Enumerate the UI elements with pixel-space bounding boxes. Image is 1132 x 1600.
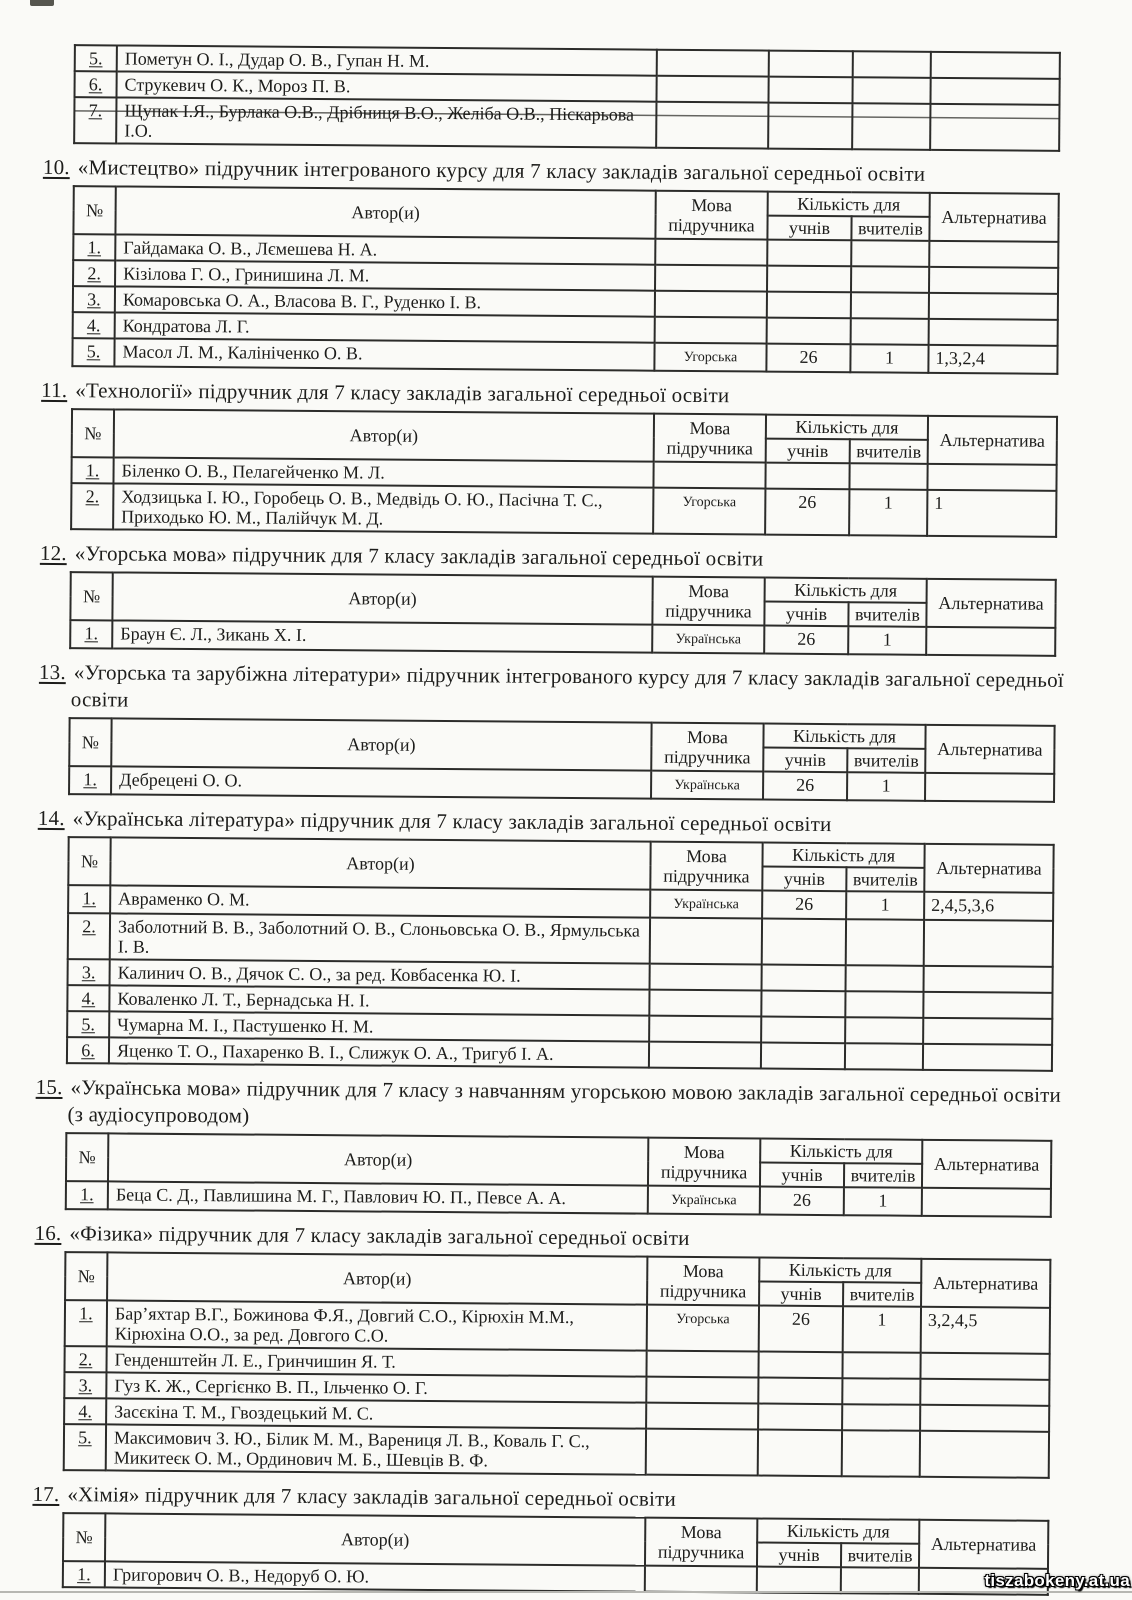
- language-label-line1: Мова: [657, 581, 761, 602]
- col-header-students: учнів: [764, 602, 848, 627]
- row-number: 2.: [82, 916, 96, 936]
- section-title: «Мистецтво» підручник інтегрованого курс…: [78, 155, 926, 186]
- section-16: 16.«Фізика» підручник для 7 класу заклад…: [63, 1220, 1129, 1479]
- col-header-number: №: [69, 718, 111, 766]
- col-header-students: учнів: [757, 1543, 841, 1568]
- students-count-cell: [761, 1017, 845, 1044]
- row-number: 1.: [79, 1303, 93, 1323]
- col-header-authors: Автор(и): [111, 718, 651, 770]
- col-header-authors: Автор(и): [114, 409, 654, 461]
- row-number: 5.: [81, 1014, 95, 1034]
- row-number: 4.: [78, 1401, 92, 1421]
- row-number: 1.: [80, 1184, 94, 1204]
- row-number: 6.: [81, 1040, 95, 1060]
- row-number-cell: 1.: [63, 1561, 105, 1587]
- section-14: 14.«Українська література» підручник для…: [66, 805, 1132, 1072]
- teachers-count-cell: [845, 1017, 923, 1044]
- row-number-cell: 5.: [67, 1011, 109, 1037]
- section-heading: 12.«Угорська мова» підручник для 7 класу…: [40, 540, 1072, 575]
- students-count-cell: [765, 463, 849, 490]
- alternative-cell: [929, 241, 1058, 268]
- col-header-alternative: Альтернатива: [926, 579, 1055, 628]
- section-heading: 11.«Технології» підручник для 7 класу за…: [41, 377, 1073, 412]
- section-15: 15.«Українська мова» підручник для 7 кла…: [65, 1074, 1130, 1218]
- col-header-teachers: вчителів: [841, 1543, 919, 1568]
- students-count-cell: [758, 1378, 842, 1405]
- row-number-cell: 4.: [73, 312, 115, 338]
- students-count-cell: [758, 1352, 842, 1379]
- students-count-cell: 26: [763, 772, 847, 801]
- row-number-cell: 5.: [64, 1424, 106, 1470]
- teachers-count-cell: [849, 463, 927, 490]
- col-header-teachers: вчителів: [850, 439, 928, 464]
- students-count-cell: 26: [760, 1187, 844, 1216]
- textbook-table: № Автор(и) Мова підручника Кількість для…: [70, 408, 1058, 538]
- authors-cell: Заболотний В. В., Заболотний О. В., Слон…: [110, 913, 650, 963]
- col-header-students: учнів: [759, 1282, 843, 1307]
- teachers-count-cell: [852, 103, 930, 150]
- section-number: 17.: [32, 1482, 59, 1506]
- language-label-line2: підручника: [658, 438, 762, 459]
- teachers-count-cell: 1: [850, 344, 928, 373]
- textbook-table: № Автор(и) Мова підручника Кількість для…: [66, 836, 1055, 1072]
- teachers-count-cell: [852, 77, 930, 104]
- language-cell: [657, 50, 769, 77]
- students-count-cell: [761, 1043, 845, 1070]
- authors-cell: Беца С. Д., Павлишина М. Г., Павлович Ю.…: [108, 1181, 648, 1213]
- col-header-teachers: вчителів: [843, 1282, 921, 1307]
- table-header: № Автор(и) Мова підручника Кількість для…: [68, 837, 1053, 893]
- language-cell: [655, 239, 767, 266]
- language-cell: [649, 1016, 761, 1043]
- authors-cell: Авраменко О. М.: [110, 885, 650, 917]
- language-cell: [646, 1403, 758, 1430]
- col-header-number: №: [68, 837, 110, 885]
- language-cell: [645, 1566, 757, 1593]
- language-cell: [646, 1377, 758, 1404]
- language-cell: Українська: [652, 625, 764, 654]
- language-cell: Українська: [651, 771, 763, 800]
- section-heading: 13.«Угорська та зарубіжна літератури» пі…: [39, 659, 1071, 721]
- col-header-quantity: Кількість для: [757, 1519, 919, 1544]
- alternative-cell: [922, 1188, 1051, 1217]
- col-header-language: Мова підручника: [648, 1138, 760, 1187]
- teachers-count-cell: [846, 965, 924, 992]
- language-label-line2: підручника: [655, 747, 759, 768]
- row-number: 1.: [83, 769, 97, 789]
- row-number: 4.: [87, 315, 101, 335]
- students-count-cell: [768, 77, 852, 104]
- section-heading: 17.«Хімія» підручник для 7 класу закладі…: [32, 1481, 1064, 1516]
- col-header-authors: Автор(и): [110, 837, 650, 889]
- row-number: 1.: [87, 237, 101, 257]
- section-title: «Угорська мова» підручник для 7 класу за…: [75, 541, 764, 570]
- row-number-cell: 7.: [74, 97, 116, 143]
- section-11: 11.«Технології» підручник для 7 класу за…: [70, 377, 1132, 538]
- section-number: 14.: [38, 806, 65, 830]
- col-header-quantity: Кількість для: [760, 1139, 922, 1164]
- language-label-line2: підручника: [652, 1162, 756, 1183]
- section-17: 17.«Хімія» підручник для 7 класу закладі…: [62, 1481, 1127, 1596]
- row-number: 1.: [82, 888, 96, 908]
- section-number: 15.: [36, 1075, 63, 1099]
- language-cell: [646, 1351, 758, 1378]
- language-cell: [655, 317, 767, 344]
- row-number-cell: 2.: [73, 260, 115, 286]
- section-number: 10.: [43, 155, 70, 179]
- students-count-cell: [769, 51, 853, 78]
- alternative-cell: [924, 966, 1053, 993]
- students-count-cell: 26: [766, 344, 850, 373]
- row-number-cell: 4.: [64, 1398, 106, 1424]
- col-header-quantity: Кількість для: [768, 192, 930, 217]
- row-number: 5.: [78, 1427, 92, 1447]
- teachers-count-cell: [851, 318, 929, 345]
- textbook-table: № Автор(и) Мова підручника Кількість для…: [63, 1251, 1052, 1479]
- col-header-alternative: Альтернатива: [919, 1520, 1048, 1569]
- col-header-quantity: Кількість для: [765, 578, 927, 603]
- language-label-line1: Мова: [654, 846, 758, 867]
- row-number-cell: 3.: [64, 1372, 106, 1398]
- authors-cell: Максимович З. Ю., Білик М. М., Варениця …: [106, 1424, 646, 1474]
- col-header-number: №: [72, 409, 114, 457]
- alternative-cell: [924, 920, 1053, 967]
- col-header-authors: Автор(и): [115, 186, 655, 238]
- scan-corner-mark: [30, 0, 54, 6]
- students-count-cell: 26: [762, 891, 846, 920]
- row-number-cell: 5.: [72, 338, 114, 366]
- language-label-line1: Мова: [652, 1142, 756, 1163]
- language-cell: [650, 918, 762, 965]
- row-number: 3.: [79, 1375, 93, 1395]
- language-label-line1: Мова: [649, 1522, 753, 1543]
- alternative-cell: [929, 319, 1058, 346]
- table-header: № Автор(и) Мова підручника Кількість для…: [73, 186, 1058, 242]
- col-header-teachers: вчителів: [848, 602, 926, 627]
- section-heading: 15.«Українська мова» підручник для 7 кла…: [35, 1074, 1067, 1136]
- language-cell: [650, 964, 762, 991]
- students-count-cell: [767, 292, 851, 319]
- site-watermark: tiszabokeny.at.ua: [984, 1571, 1130, 1591]
- col-header-language: Мова підручника: [654, 414, 766, 463]
- section-12: 12.«Угорська мова» підручник для 7 класу…: [69, 540, 1132, 657]
- textbook-table: № Автор(и) Мова підручника Кількість для…: [69, 571, 1057, 657]
- language-label-line1: Мова: [658, 418, 762, 439]
- teachers-count-cell: [842, 1430, 920, 1477]
- row-number-cell: 1.: [73, 234, 115, 260]
- col-header-alternative: Альтернатива: [921, 1259, 1050, 1308]
- authors-cell: Щупак І.Я., Бурлака О.В., Дрібниця В.О.,…: [116, 97, 656, 147]
- row-number-cell: 2.: [68, 913, 110, 959]
- row-number-cell: 1.: [70, 620, 112, 648]
- table-header: № Автор(и) Мова підручника Кількість для…: [65, 1252, 1050, 1308]
- language-cell: Українська: [650, 890, 762, 919]
- row-number-cell: 2.: [71, 483, 113, 529]
- section-title: «Технології» підручник для 7 класу закла…: [75, 378, 729, 407]
- students-count-cell: [762, 965, 846, 992]
- col-header-alternative: Альтернатива: [925, 725, 1054, 774]
- row-number-cell: 3.: [73, 286, 115, 312]
- section-heading: 14.«Українська література» підручник для…: [38, 805, 1070, 840]
- alternative-cell: [926, 627, 1055, 656]
- scan-edge-left: [0, 0, 10, 1600]
- textbook-table: № Автор(и) Мова підручника Кількість для…: [65, 1132, 1053, 1218]
- section-number: 12.: [40, 541, 67, 565]
- teachers-count-cell: [845, 991, 923, 1018]
- section-number: 11.: [41, 378, 67, 402]
- col-header-number: №: [73, 186, 115, 234]
- section-heading: 10.«Мистецтво» підручник інтегрованого к…: [43, 154, 1075, 189]
- table-header: № Автор(и) Мова підручника Кількість для…: [72, 409, 1057, 465]
- language-label-line2: підручника: [656, 601, 760, 622]
- students-count-cell: [758, 1404, 842, 1431]
- students-count-cell: [768, 103, 852, 150]
- col-header-authors: Автор(и): [105, 1513, 645, 1565]
- col-header-number: №: [70, 572, 112, 620]
- language-cell: [656, 76, 768, 103]
- alternative-cell: [925, 773, 1054, 802]
- language-cell: Угорська: [653, 488, 765, 535]
- alternative-cell: [931, 52, 1060, 79]
- section-10: 10.«Мистецтво» підручник інтегрованого к…: [71, 154, 1132, 375]
- students-count-cell: [758, 1430, 842, 1477]
- alternative-cell: [927, 464, 1056, 491]
- row-number: 3.: [87, 289, 101, 309]
- teachers-count-cell: [851, 240, 929, 267]
- alternative-cell: [920, 1379, 1049, 1406]
- row-number: 2.: [87, 263, 101, 283]
- row-number: 1.: [86, 460, 100, 480]
- section-number: 16.: [34, 1221, 61, 1245]
- col-header-alternative: Альтернатива: [922, 1140, 1051, 1189]
- col-header-alternative: Альтернатива: [929, 193, 1058, 242]
- row-number: 7.: [89, 100, 103, 120]
- alternative-cell: [920, 1353, 1049, 1380]
- table-header: № Автор(и) Мова підручника Кількість для…: [69, 718, 1054, 774]
- col-header-quantity: Кількість для: [766, 415, 928, 440]
- language-cell: [649, 1042, 761, 1069]
- section-title: «Українська література» підручник для 7 …: [73, 806, 832, 836]
- students-count-cell: 26: [764, 626, 848, 655]
- row-number-cell: 1.: [68, 885, 110, 913]
- row-number-cell: 6.: [75, 71, 117, 97]
- language-label-line2: підручника: [654, 866, 758, 887]
- language-label-line1: Мова: [660, 195, 764, 216]
- students-count-cell: [767, 240, 851, 267]
- language-cell: [649, 990, 761, 1017]
- table-header: № Автор(и) Мова підручника Кількість для…: [66, 1133, 1051, 1189]
- teachers-count-cell: [845, 1043, 923, 1070]
- teachers-count-cell: 1: [848, 626, 926, 655]
- language-label-line1: Мова: [655, 727, 759, 748]
- row-number: 6.: [89, 74, 103, 94]
- row-number-cell: 1.: [71, 457, 113, 483]
- table-header: № Автор(и) Мова підручника Кількість для…: [70, 572, 1055, 628]
- col-header-number: №: [63, 1513, 105, 1561]
- row-number-cell: 2.: [64, 1346, 106, 1372]
- table-row: 1. Бар’яхтар В.Г., Божинова Ф.Я., Довгий…: [65, 1300, 1050, 1354]
- col-header-authors: Автор(и): [112, 572, 652, 624]
- language-cell: [646, 1429, 758, 1476]
- section-title: «Фізика» підручник для 7 класу закладів …: [69, 1221, 689, 1250]
- col-header-alternative: Альтернатива: [924, 844, 1053, 893]
- section-title: «Угорська та зарубіжна літератури» підру…: [71, 660, 1064, 711]
- alternative-cell: [923, 1018, 1052, 1045]
- teachers-count-cell: [841, 1567, 919, 1594]
- teachers-count-cell: [842, 1378, 920, 1405]
- col-header-number: №: [66, 1133, 108, 1181]
- language-cell: [656, 102, 768, 149]
- students-count-cell: [757, 1567, 841, 1594]
- alternative-cell: 2,4,5,3,6: [924, 892, 1053, 921]
- row-number: 1.: [77, 1564, 91, 1584]
- alternative-cell: [929, 293, 1058, 320]
- language-label-line2: підручника: [651, 1281, 755, 1302]
- alternative-cell: 1: [927, 490, 1056, 537]
- col-header-students: учнів: [767, 216, 851, 241]
- alternative-cell: [930, 78, 1059, 105]
- language-label-line2: підручника: [659, 215, 763, 236]
- table-row: 5. Максимович З. Ю., Білик М. М., Варени…: [64, 1424, 1049, 1478]
- authors-cell: Яценко Т. О., Пахаренко В. І., Слижук О.…: [109, 1037, 649, 1067]
- row-number: 3.: [82, 962, 96, 982]
- row-number-cell: 1.: [69, 766, 111, 794]
- col-header-language: Мова підручника: [655, 191, 767, 240]
- section-number: 13.: [39, 660, 66, 684]
- alternative-cell: 1,3,2,4: [928, 345, 1057, 374]
- authors-cell: Григорович О. В., Недоруб О. Ю.: [105, 1561, 645, 1591]
- col-header-language: Мова підручника: [652, 577, 764, 626]
- row-number: 5.: [87, 341, 101, 361]
- col-header-quantity: Кількість для: [763, 724, 925, 749]
- row-number: 2.: [86, 486, 100, 506]
- authors-cell: Дебрецені О. О.: [111, 766, 651, 798]
- language-label-line2: підручника: [649, 1542, 753, 1563]
- col-header-students: учнів: [763, 748, 847, 773]
- language-label-line1: Мова: [651, 1261, 755, 1282]
- teachers-count-cell: 1: [843, 1306, 921, 1353]
- col-header-students: учнів: [766, 439, 850, 464]
- col-header-number: №: [65, 1252, 107, 1300]
- students-count-cell: [767, 266, 851, 293]
- language-cell: Угорська: [654, 343, 766, 372]
- teachers-count-cell: [842, 1404, 920, 1431]
- row-number: 4.: [82, 988, 96, 1008]
- alternative-cell: [923, 992, 1052, 1019]
- row-number-cell: 1.: [66, 1181, 108, 1209]
- students-count-cell: 26: [765, 489, 849, 536]
- teachers-count-cell: [853, 51, 931, 78]
- row-number-cell: 6.: [67, 1037, 109, 1063]
- scanned-page-content: 5. Пометун О. І., Дудар О. В., Гупан Н. …: [0, 0, 1132, 1596]
- textbook-table-continuation: 5. Пометун О. І., Дудар О. В., Гупан Н. …: [73, 44, 1061, 152]
- row-number-cell: 1.: [65, 1300, 107, 1346]
- authors-cell: Ходзицька І. Ю., Горобець О. В., Медвідь…: [113, 483, 653, 533]
- col-header-students: учнів: [762, 867, 846, 892]
- language-cell: [655, 291, 767, 318]
- row-number: 5.: [89, 48, 103, 68]
- language-cell: [653, 462, 765, 489]
- col-header-language: Мова підручника: [650, 842, 762, 891]
- teachers-count-cell: 1: [844, 1187, 922, 1216]
- row-number-cell: 4.: [67, 985, 109, 1011]
- students-count-cell: [762, 919, 846, 966]
- section-title: «Українська мова» підручник для 7 класу …: [67, 1075, 1061, 1127]
- textbook-table: № Автор(и) Мова підручника Кількість для…: [71, 185, 1059, 375]
- col-header-authors: Автор(и): [108, 1133, 648, 1185]
- col-header-teachers: вчителів: [847, 748, 925, 773]
- row-number-cell: 3.: [68, 959, 110, 985]
- col-header-language: Мова підручника: [651, 723, 763, 772]
- teachers-count-cell: 1: [849, 489, 927, 536]
- table-row: 2. Заболотний В. В., Заболотний О. В., С…: [68, 913, 1053, 967]
- alternative-cell: [930, 104, 1059, 151]
- col-header-teachers: вчителів: [844, 1163, 922, 1188]
- language-cell: Угорська: [647, 1305, 759, 1352]
- students-count-cell: [761, 991, 845, 1018]
- authors-cell: Масол Л. М., Калініченко О. В.: [114, 338, 654, 370]
- section-13: 13.«Угорська та зарубіжна літератури» пі…: [68, 659, 1132, 803]
- col-header-teachers: вчителів: [846, 867, 924, 892]
- col-header-students: учнів: [760, 1163, 844, 1188]
- students-count-cell: [767, 318, 851, 345]
- textbook-table: № Автор(и) Мова підручника Кількість для…: [62, 1512, 1050, 1596]
- alternative-cell: [920, 1405, 1049, 1432]
- section-title: «Хімія» підручник для 7 класу закладів з…: [67, 1482, 676, 1511]
- table-header: № Автор(и) Мова підручника Кількість для…: [63, 1513, 1048, 1569]
- scan-edge-bottom: [0, 1591, 1132, 1593]
- row-number: 1.: [84, 623, 98, 643]
- section-heading: 16.«Фізика» підручник для 7 класу заклад…: [34, 1220, 1066, 1255]
- col-header-language: Мова підручника: [647, 1257, 759, 1306]
- language-cell: [655, 265, 767, 292]
- alternative-cell: [923, 1044, 1052, 1071]
- teachers-count-cell: [846, 919, 924, 966]
- col-header-language: Мова підручника: [645, 1518, 757, 1567]
- teachers-count-cell: 1: [846, 891, 924, 920]
- table-row: 2. Ходзицька І. Ю., Горобець О. В., Медв…: [71, 483, 1056, 537]
- authors-cell: Бар’яхтар В.Г., Божинова Ф.Я., Довгий С.…: [107, 1300, 647, 1350]
- alternative-cell: 3,2,4,5: [921, 1307, 1050, 1354]
- col-header-authors: Автор(и): [107, 1252, 647, 1304]
- col-header-teachers: вчителів: [851, 216, 929, 241]
- col-header-quantity: Кількість для: [759, 1258, 921, 1283]
- students-count-cell: 26: [759, 1306, 843, 1353]
- teachers-count-cell: [851, 266, 929, 293]
- authors-cell: Браун Є. Л., Зикань Х. І.: [112, 620, 652, 652]
- row-number-cell: 5.: [75, 45, 117, 71]
- textbook-table: № Автор(и) Мова підручника Кількість для…: [68, 717, 1056, 803]
- alternative-cell: [929, 267, 1058, 294]
- col-header-quantity: Кількість для: [762, 843, 924, 868]
- language-cell: Українська: [648, 1186, 760, 1215]
- teachers-count-cell: [851, 292, 929, 319]
- row-number: 2.: [79, 1349, 93, 1369]
- col-header-alternative: Альтернатива: [928, 416, 1057, 465]
- table-row: 7. Щупак І.Я., Бурлака О.В., Дрібниця В.…: [74, 97, 1059, 151]
- teachers-count-cell: [842, 1352, 920, 1379]
- teachers-count-cell: 1: [847, 772, 925, 801]
- scanned-document-page: { "header_labels": { "num": "№", "author…: [0, 0, 1132, 1600]
- alternative-cell: [920, 1431, 1049, 1478]
